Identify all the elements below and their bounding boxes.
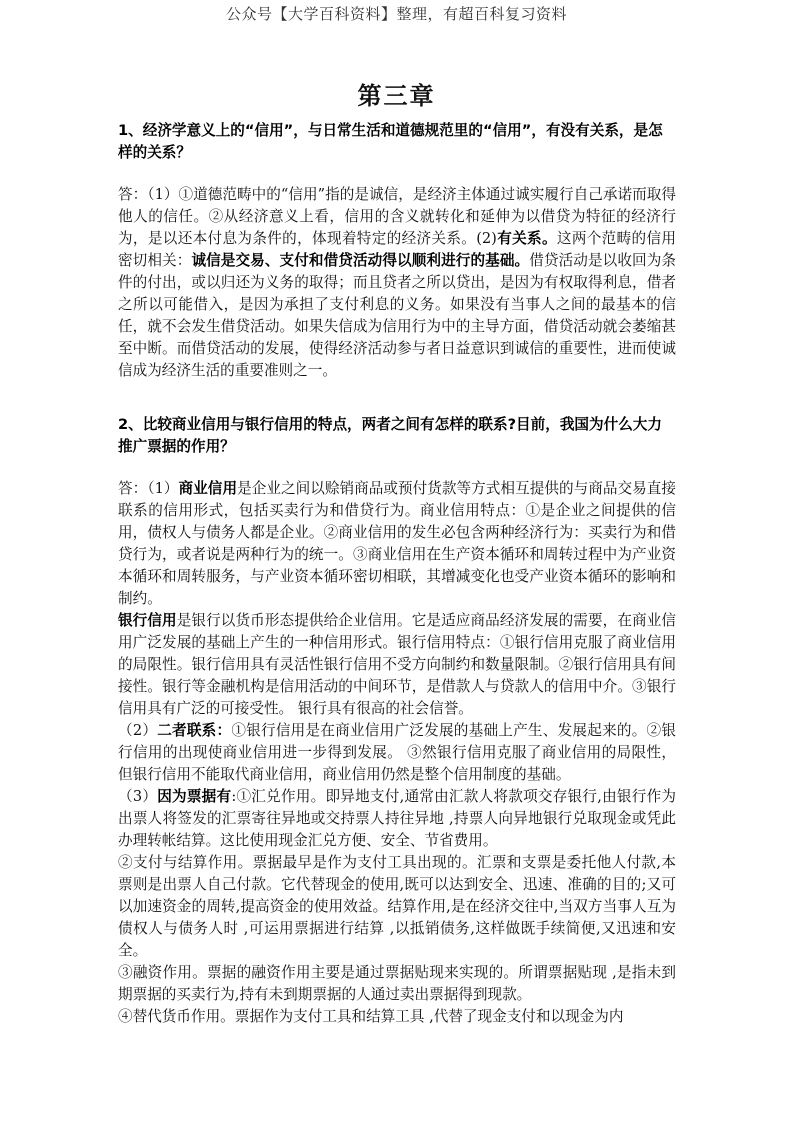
- bill-payment-settlement: ②支付与结算作用。票据最早是作为支付工具出现的。汇票和支票是委托他人付款,本票则…: [118, 852, 676, 962]
- answer-1-block: 答：（1）①道德范畴中的“信用”指的是诚信，是经济主体通过诚实履行自己承诺而取得…: [118, 184, 676, 382]
- answer-1-paragraph: 答：（1）①道德范畴中的“信用”指的是诚信，是经济主体通过诚实履行自己承诺而取得…: [118, 184, 676, 382]
- question-1-block: 1、经济学意义上的“信用”，与日常生活和道德规范里的“信用”，有没有关系，是怎样…: [118, 120, 676, 164]
- relation-prefix: （2）: [118, 722, 157, 739]
- question-1-title: 1、经济学意义上的“信用”，与日常生活和道德规范里的“信用”，有没有关系，是怎样…: [118, 120, 676, 164]
- answer-2-relation: （2）二者联系：①银行信用是在商业信用广泛发展的基础上产生、发展起来的。②银行信…: [118, 720, 676, 786]
- commercial-credit-text: 是企业之间以赊销商品或预付货款等方式相互提供的与商品交易直接联系的信用形式，包括…: [118, 480, 676, 607]
- answer-1-text-d: 借贷活动是以收回为条件的付出，或以归还为义务的取得；而且贷者之所以贷出，是因为有…: [118, 252, 676, 379]
- answer-1-bold-has-relation: 有关系。: [497, 230, 557, 247]
- question-2-title: 2、比较商业信用与银行信用的特点，两者之间有怎样的联系?目前，我国为什么大力推广…: [118, 414, 676, 458]
- bill-financing: ③融资作用。票据的融资作用主要是通过票据贴现来实现的。所谓票据贴现 ,是指未到期…: [118, 962, 676, 1006]
- answer-2-block: 答：（1）商业信用是企业之间以赊销商品或预付货款等方式相互提供的与商品交易直接联…: [118, 478, 676, 1028]
- bill-currency-substitute: ④替代货币作用。票据作为支付工具和结算工具 ,代替了现金支付和以现金为内: [118, 1006, 676, 1028]
- answer-1-bold-integrity-basis: 诚信是交易、支付和借贷活动得以顺利进行的基础。: [191, 252, 529, 269]
- page-header-watermark: 公众号【大学百科资料】整理，有超百科复习资料: [0, 3, 793, 24]
- bank-credit-text: 是银行以货币形态提供给企业信用。它是适应商品经济发展的需要，在商业信用广泛发展的…: [118, 612, 676, 717]
- term-commercial-credit: 商业信用: [179, 480, 238, 497]
- answer-2-prefix: 答：（1）: [118, 480, 179, 497]
- chapter-title: 第三章: [0, 76, 793, 111]
- term-bill-functions: 因为票据有: [157, 788, 231, 805]
- question-2-block: 2、比较商业信用与银行信用的特点，两者之间有怎样的联系?目前，我国为什么大力推广…: [118, 414, 676, 458]
- answer-2-bank-credit: 银行信用是银行以货币形态提供给企业信用。它是适应商品经济发展的需要，在商业信用广…: [118, 610, 676, 720]
- answer-2-commercial-credit: 答：（1）商业信用是企业之间以赊销商品或预付货款等方式相互提供的与商品交易直接联…: [118, 478, 676, 610]
- bill-prefix: （3）: [118, 788, 157, 805]
- term-relation: 二者联系：: [157, 722, 231, 739]
- answer-2-bill-functions: （3）因为票据有:①汇兑作用。即异地支付,通常由汇款人将款项交存银行,由银行作为…: [118, 786, 676, 852]
- term-bank-credit: 银行信用: [118, 612, 177, 629]
